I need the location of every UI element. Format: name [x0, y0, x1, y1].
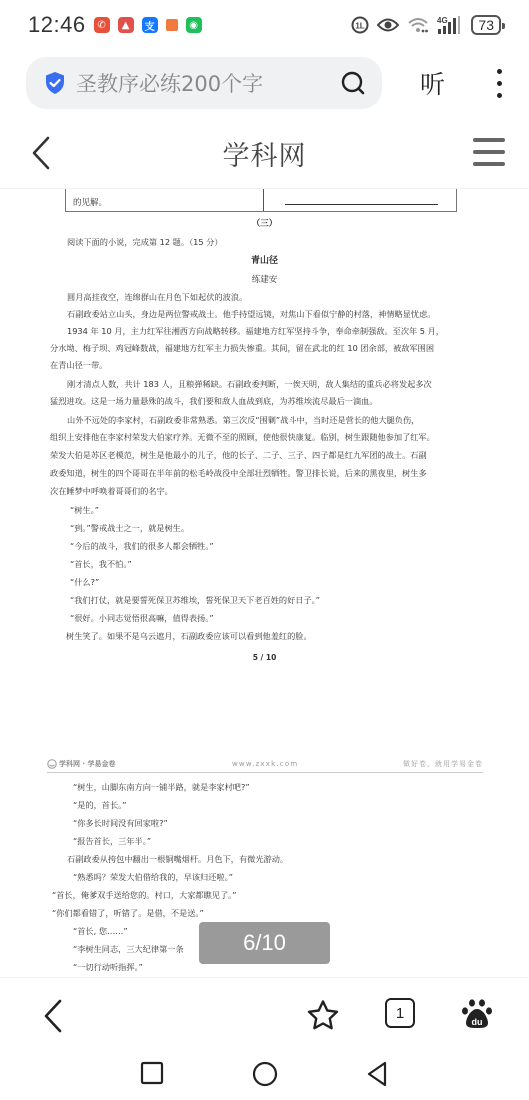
dialogue-line: “很好。小同志觉悟很高嘛，值得表扬。” — [70, 610, 214, 627]
dialogue-line: “我们打仗，就是要誓死保卫苏维埃，誓死保卫天下老百姓的好日子。” — [70, 592, 320, 609]
page-6-header: 学科网 · 学易金卷 www.zxxk.com 做好卷，就用学易金卷 — [47, 756, 483, 773]
system-back-icon[interactable] — [366, 1061, 388, 1087]
favorite-star-icon[interactable] — [306, 999, 340, 1031]
story-author: 练建安 — [0, 273, 529, 285]
dialogue-line: “报告首长，三年半。” — [73, 833, 151, 850]
huawei-app-icon: ▲ — [118, 17, 134, 33]
alipay-app-icon: 支 — [142, 17, 158, 33]
site-header: 学科网 — [0, 120, 529, 186]
wifi-icon — [407, 17, 429, 33]
baidu-paw-icon[interactable]: du — [461, 998, 493, 1030]
page-slogan: 做好卷，就用学易金卷 — [403, 759, 483, 769]
dialogue-line: “熟悉吗？荣发大伯借给我的，早该归还啦。” — [73, 869, 233, 886]
page-url: www.zxxk.com — [232, 760, 298, 768]
dialogue-line: “到。”警戒战士之一，就是树生。 — [70, 520, 189, 537]
page-indicator-toast: 6/10 — [199, 922, 330, 964]
network-type: 4G — [437, 16, 448, 25]
cellular-signal-icon: 4G — [437, 15, 463, 35]
orange-app-icon — [166, 19, 178, 31]
dialogue-line: “树生，山脚东南方向一铺半路，就是李家村吧?” — [73, 779, 250, 796]
table-cell-answer-blank — [264, 189, 456, 211]
svg-text:du: du — [472, 1017, 483, 1027]
site-title: 学科网 — [0, 134, 529, 173]
dialogue-line: “一切行动听指挥。” — [73, 959, 143, 976]
paragraph: 在青山径一带。 — [50, 357, 107, 374]
dialogue-line: “什么?” — [70, 574, 99, 591]
data-saver-icon: 1L — [351, 16, 369, 34]
paragraph: 石副政委站立山头，身边是两位警戒战士。他手持望远镜，对焦山下看似宁静的村落，神情… — [67, 306, 435, 323]
answer-table: 的见解。 — [65, 189, 457, 212]
missed-call-app-icon: ✆ — [94, 17, 110, 33]
instructions: 阅读下面的小说，完成第 12 题。（15 分） — [67, 234, 223, 251]
svg-text:1L: 1L — [356, 22, 365, 31]
more-menu-icon[interactable] — [497, 69, 502, 98]
status-bar: 12:46 ✆ ▲ 支 ◉ 1L 4G 73 — [0, 0, 529, 50]
dialogue-line: “首长, 您……” — [73, 923, 128, 940]
paragraph: 政委知道，树生的四个哥哥在半年前的松毛岭战役中全部壮烈牺牲。警卫排长说，后来的黑… — [50, 465, 427, 482]
paragraph: 猛烈进攻。这是一场力量悬殊的战斗，我们要和敌人血战到底，为苏维埃流尽最后一滴血。 — [50, 393, 378, 410]
back-icon[interactable] — [30, 136, 52, 170]
paragraph: 荣发大伯是苏区老模范，树生是他最小的儿子，他的长子、二子、三子、四子都是红九军团… — [50, 447, 427, 464]
dialogue-line: “首长，俺爹双手送给您的。村口，大家都瞧见了。” — [52, 887, 237, 904]
document-viewer[interactable]: 的见解。 （三） 阅读下面的小说，完成第 12 题。（15 分） 青山径 练建安… — [0, 188, 529, 976]
dialogue-line: “首长，我不怕。” — [70, 556, 132, 573]
page-number: 5 / 10 — [0, 653, 529, 662]
paragraph: 分水坳、梅子坝、鸡冠峰数战，福建地方红军主力损失惨重。其间，留在武北的红 10 … — [50, 340, 434, 357]
document-page-5: 的见解。 （三） 阅读下面的小说，完成第 12 题。（15 分） 青山径 练建安… — [0, 189, 529, 749]
system-navigation-bar — [0, 1047, 529, 1100]
status-time: 12:46 — [28, 12, 86, 38]
story-title: 青山径 — [0, 253, 529, 266]
paragraph: 刚才清点人数，共计 183 人，且粮弹稀缺。石副政委判断，一俟天明，敌人集结的重… — [67, 376, 432, 393]
paragraph: 组织上安排他在李家村荣发大伯家疗养。无微不至的照顾，使他很快康复。临别，树生跟随… — [50, 429, 435, 446]
dialogue-line: “今后的战斗，我们的很多人都会牺牲。” — [70, 538, 214, 555]
home-icon[interactable] — [252, 1061, 278, 1087]
browser-bottom-toolbar: 1 du — [0, 977, 529, 1047]
paragraph: 1934 年 10 月，主力红军往湘西方向战略转移。福建地方红军坚持斗争，奉命牵… — [67, 323, 444, 340]
hamburger-menu-icon[interactable] — [473, 138, 505, 166]
tabs-count-button[interactable]: 1 — [385, 998, 415, 1028]
eye-comfort-icon — [377, 17, 399, 33]
listen-button[interactable]: 听 — [420, 65, 445, 101]
search-box[interactable]: 圣教序必练200个字 — [26, 57, 382, 109]
browser-address-row: 圣教序必练200个字 听 — [26, 57, 506, 109]
security-shield-icon — [44, 71, 66, 95]
status-indicators: 1L 4G 73 — [351, 15, 501, 35]
dialogue-line: “你多长时间没有回家啦?” — [73, 815, 168, 832]
recent-apps-icon[interactable] — [140, 1061, 164, 1085]
notification-icons: ✆ ▲ 支 ◉ — [94, 17, 202, 33]
section-label: （三） — [0, 217, 529, 229]
dialogue-line: “是的，首长。” — [73, 797, 127, 814]
dialogue-line: “你们都看错了，听错了。是借，不是送。” — [52, 905, 204, 922]
paragraph: 山外不远处的李家村，石副政委非常熟悉。第三次反“围剿”战斗中，当时还是营长的他大… — [67, 412, 419, 429]
paragraph: 圆月高挂夜空，连绵群山在月色下如起伏的波浪。 — [67, 289, 247, 306]
page-brand: 学科网 · 学易金卷 — [47, 759, 116, 769]
browser-back-icon[interactable] — [42, 999, 64, 1033]
search-query-text[interactable]: 圣教序必练200个字 — [76, 68, 340, 98]
dialogue-line: “树生。” — [70, 502, 99, 519]
paragraph: 树生笑了。如果不是乌云遮月，石副政委应该可以看到他羞红的脸。 — [66, 628, 312, 645]
battery-indicator: 73 — [471, 15, 501, 35]
search-icon[interactable] — [340, 70, 366, 96]
zxxk-logo-icon — [47, 759, 57, 769]
paragraph: 石副政委从挎包中翻出一根铜嘴烟杆。月色下，有微光游动。 — [67, 851, 288, 868]
paragraph: 次在睡梦中呼唤着哥哥们的名字。 — [50, 483, 173, 500]
dialogue-line: “李树生同志，三大纪律第一条 — [73, 941, 184, 958]
wechat-app-icon: ◉ — [186, 17, 202, 33]
table-cell: 的见解。 — [66, 189, 264, 211]
